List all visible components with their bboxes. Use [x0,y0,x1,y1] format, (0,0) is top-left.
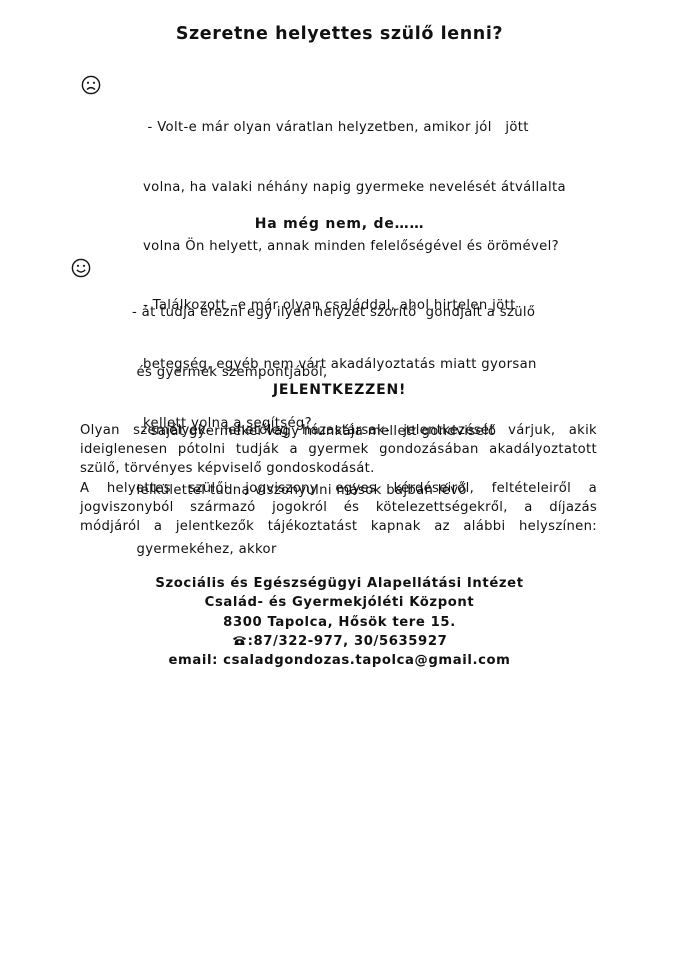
phone-line: :87/322-977, 30/5635927 [0,632,679,651]
body-paragraph: Olyan személyek- lehetőleg házastársak- … [80,421,597,536]
text-line: gyermekéhez, akkor [132,540,535,560]
text-line: volna, ha valaki néhány napig gyermeke n… [143,178,566,198]
text-line: Olyan személyek- lehetőleg házastársak- … [80,421,597,440]
text-line: - Volt-e már olyan váratlan helyzetben, … [143,118,566,138]
address: 8300 Tapolca, Hősök tere 15. [0,613,679,632]
text-line: és gyermek szempontjából, [132,363,535,383]
subheading: Ha még nem, de…… [0,216,679,232]
text-line: - át tudja érezni egy ilyen helyzet szor… [132,303,535,323]
text-line: A helyettes szülői jogviszony egyes kérd… [80,479,597,498]
telephone-icon [232,633,247,644]
text-line: ideiglenesen pótolni tudják a gyermek go… [80,440,597,459]
contact-block: Szociális és Egészségügyi Alapellátási I… [0,574,679,670]
department-name: Család- és Gyermekjóléti Központ [0,593,679,612]
institution-name: Szociális és Egészségügyi Alapellátási I… [0,574,679,593]
call-to-action-heading: JELENTKEZZEN! [0,382,679,398]
text-line: szülő, törvényes képviselő gondoskodását… [80,459,597,478]
text-line: volna Ön helyett, annak minden felelőség… [143,237,566,257]
phone-numbers: :87/322-977, 30/5635927 [248,634,448,649]
smiley-face-icon [71,258,91,278]
email-address[interactable]: email: csaladgondozas.tapolca@gmail.com [0,651,679,670]
sad-face-icon [81,75,101,95]
text-line: jogviszonyból származó jogokról és kötel… [80,498,597,517]
text-line: módjáról a jelentkezők tájékoztatást kap… [80,517,597,536]
page-title: Szeretne helyettes szülő lenni? [0,24,679,44]
